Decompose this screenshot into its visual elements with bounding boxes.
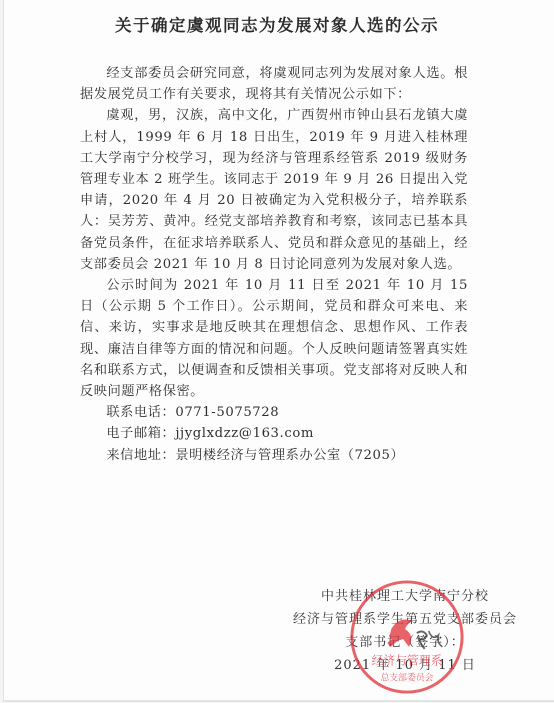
signature-org-line2: 经济与管理系学生第五党支部委员会 [260,608,550,631]
document-title: 关于确定虞观同志为发展对象人选的公示 [0,12,554,36]
signature-org-line1: 中共桂林理工大学南宁分校 [260,585,550,608]
paragraph-intro: 经支部委员会研究同意，将虞观同志列为发展对象人选。根据发展党员工作有关要求，现将… [80,63,468,105]
signature-date: 2021 年 10 月 11 日 [260,654,550,677]
contact-email: 电子邮箱：jjyglxdzz@163.com [80,423,468,444]
contact-phone-value: 0771-5075728 [175,405,279,420]
contact-phone: 联系电话：0771-5075728 [80,402,468,423]
paragraph-profile: 虞观，男，汉族，高中文化，广西贺州市钟山县石龙镇大虞上村人，1999 年 6 月… [80,105,468,275]
document-body: 经支部委员会研究同意，将虞观同志列为发展对象人选。根据发展党员工作有关要求，现将… [80,63,468,466]
signature-secretary: 支部书记（签字）： [260,631,550,654]
paragraph-notice-period: 公示时间为 2021 年 10 月 11 日至 2021 年 10 月 15 日… [80,275,468,402]
contact-email-label: 电子邮箱： [106,426,175,441]
contact-address-label: 来信地址： [106,448,175,463]
signature-block: 中共桂林理工大学南宁分校 经济与管理系学生第五党支部委员会 支部书记（签字）： … [260,585,550,677]
contact-address: 来信地址：景明楼经济与管理系办公室（7205） [80,445,468,466]
contact-address-value: 景明楼经济与管理系办公室（7205） [175,448,404,463]
contact-phone-label: 联系电话： [106,405,175,420]
contact-email-value: jjyglxdzz@163.com [175,426,314,441]
